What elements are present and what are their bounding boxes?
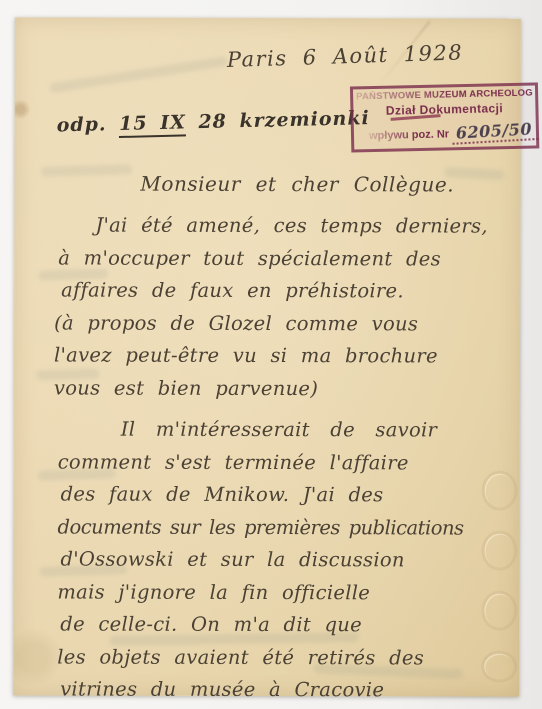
- stamp-entry-row: wpływu poz. Nr 6205/50: [357, 121, 533, 146]
- letter-line: comment s'est terminée l'affaire: [58, 446, 520, 480]
- letter-line: mais j'ignore la fin officielle: [57, 576, 519, 610]
- ghost-showthrough: [49, 56, 228, 94]
- letter-paper: Paris 6 Août 1928 odp. 15 IX 28 krzemion…: [13, 17, 521, 696]
- scanned-letter: Paris 6 Août 1928 odp. 15 IX 28 krzemion…: [0, 0, 542, 709]
- annotation-prefix: odp.: [56, 113, 106, 136]
- letter-paragraph: J'ai été amené, ces temps derniers,à m'o…: [58, 209, 520, 308]
- ghost-showthrough: [40, 164, 132, 177]
- salutation: Monsieur et cher Collègue.: [140, 172, 454, 197]
- letter-paragraph: Il m'intéresserait de savoircomment s'es…: [57, 413, 520, 707]
- letter-line: vitrines du musée à Cracovie: [60, 673, 519, 707]
- letter-line: de celle-ci. On m'a dit que: [60, 608, 519, 642]
- letter-paragraph: (à propos de Glozel comme vousl'avez peu…: [58, 307, 520, 406]
- stamp-department: Dział Dokumentacji: [356, 101, 532, 119]
- letter-line: (à propos de Glozel comme vous: [54, 307, 520, 341]
- letter-line: d'Ossowski et sur la discussion: [60, 543, 519, 577]
- letter-line: Il m'intéresserait de savoir: [61, 413, 520, 447]
- letter-line: vous est bien parvenue): [54, 372, 520, 406]
- annotation-note: 28 krzemionki: [198, 107, 370, 133]
- stamp-entry-label: wpływu poz. Nr: [369, 128, 449, 142]
- letter-line: affaires de faux en préhistoire.: [61, 274, 520, 308]
- letter-line: l'avez peut-être vu si ma brochure: [54, 339, 520, 373]
- letter-line: les objets avaient été retirés des: [57, 641, 519, 675]
- letter-line: à m'occuper tout spécialement des: [58, 242, 520, 276]
- stamp-entry-number: 6205/50: [452, 119, 539, 145]
- letter-body: J'ai été amené, ces temps derniers,à m'o…: [57, 209, 520, 707]
- annotation-date: 15 IX: [119, 111, 186, 138]
- letter-line: des faux de Mnikow. J'ai des: [61, 478, 520, 512]
- museum-stamp: PAŃSTWOWE MUZEUM ARCHEOLOGICZNE Dział Do…: [350, 82, 539, 152]
- dateline: Paris 6 Août 1928: [226, 40, 463, 72]
- letter-line: J'ai été amené, ces temps derniers,: [61, 209, 520, 243]
- letter-line: documents sur les premières publications: [58, 511, 520, 545]
